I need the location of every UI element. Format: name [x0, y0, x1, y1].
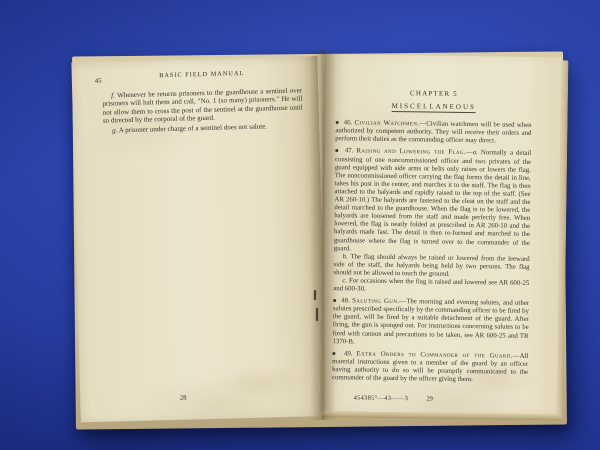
paragraph-f: f. Whenever he returns prisoners to the … — [102, 86, 303, 126]
section-title: Civilian Watchmen. — [354, 120, 419, 128]
staple-bottom-leg — [316, 308, 318, 321]
square-bullet-icon: ■ — [335, 149, 340, 155]
section-49: ■ 49. Extra Orders to Commander of the G… — [332, 350, 528, 385]
running-head-title: BASIC FIELD MANUAL — [159, 70, 244, 79]
left-page-content: 45 BASIC FIELD MANUAL f. Whenever he ret… — [71, 56, 326, 422]
section-title: Raising and Lowering the Flag. — [356, 148, 466, 157]
subparagraph-label: a. — [473, 150, 478, 157]
right-page: CHAPTER 5 MISCELLANEOUS ■ 46. Civilian W… — [320, 54, 563, 415]
square-bullet-icon: ■ — [333, 298, 337, 304]
photo-background: 45 BASIC FIELD MANUAL f. Whenever he ret… — [0, 0, 600, 450]
paragraph-label: g. — [112, 126, 117, 134]
subparagraph-label: b. — [343, 253, 348, 260]
right-page-footer: 454385°—43——3 29 — [332, 394, 528, 405]
chapter-title: MISCELLANEOUS — [392, 102, 476, 113]
section-text: The morning and evening salutes, and oth… — [332, 298, 529, 345]
section-number: 49. — [344, 350, 353, 357]
print-code: 454385°—43——3 — [354, 394, 408, 403]
right-page-content: CHAPTER 5 MISCELLANEOUS ■ 46. Civilian W… — [320, 54, 563, 415]
open-field-manual-book: 45 BASIC FIELD MANUAL f. Whenever he ret… — [76, 52, 560, 420]
chapter-title-row: MISCELLANEOUS — [336, 101, 532, 114]
subparagraph-b: b. The flag should always be raised or l… — [333, 253, 529, 280]
section-title: Saluting Gun. — [352, 298, 399, 306]
left-page: 45 BASIC FIELD MANUAL f. Whenever he ret… — [71, 56, 326, 422]
square-bullet-icon: ■ — [335, 120, 339, 126]
section-number: 46. — [344, 119, 353, 126]
subparagraph-c: c. For occasions when the flag is raised… — [333, 277, 529, 296]
section-number: 48. — [341, 297, 350, 304]
running-head: 45 BASIC FIELD MANUAL — [102, 68, 302, 82]
section-46: ■ 46. Civilian Watchmen.—Civilian watchm… — [335, 119, 531, 146]
paragraph-text: Whenever he returns prisoners to the gua… — [102, 86, 302, 125]
chapter-heading: CHAPTER 5 — [336, 88, 532, 99]
section-text: Normally a detail consisting of one nonc… — [334, 150, 531, 252]
running-head-paragraph-number: 45 — [95, 78, 102, 87]
paragraph-label: f. — [111, 91, 115, 99]
section-47: ■ 47. Raising and Lowering the Flag.—a. … — [334, 148, 531, 256]
subparagraph-text: For occasions when the flag is raised an… — [333, 277, 529, 292]
section-number: 47. — [345, 148, 354, 155]
subparagraph-text: The flag should always be raised or lowe… — [333, 253, 529, 278]
left-page-number: 28 — [80, 392, 286, 406]
square-bullet-icon: ■ — [332, 351, 338, 357]
staple-top-leg — [314, 290, 316, 300]
subparagraph-label: c. — [342, 277, 347, 284]
section-48: ■ 48. Saluting Gun.—The morning and even… — [332, 297, 529, 348]
